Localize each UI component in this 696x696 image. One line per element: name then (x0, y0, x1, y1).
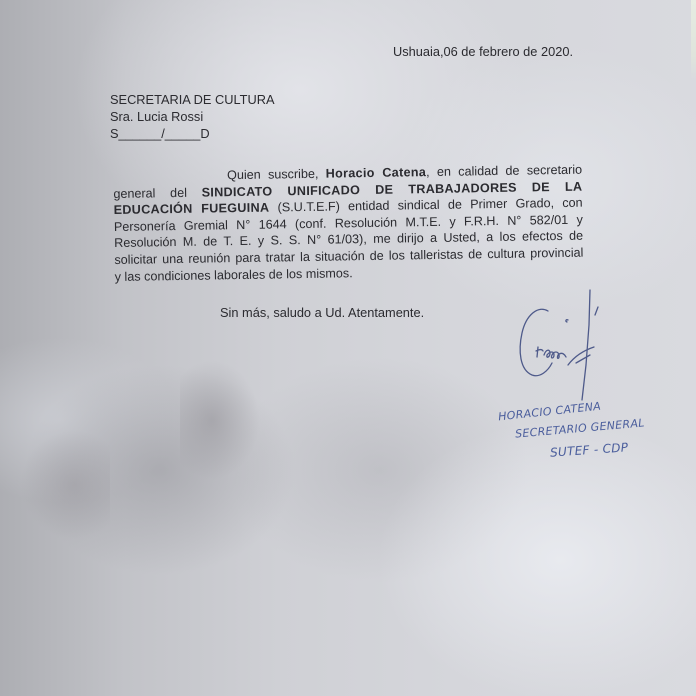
signer-name-bold: Horacio Catena (326, 165, 427, 181)
recipient-name: Sra. Lucia Rossi (110, 109, 203, 124)
letter-date: Ushuaia,06 de febrero de 2020. (393, 44, 573, 59)
body-text: Quien suscribe, (227, 167, 326, 183)
body-text: general del (113, 185, 201, 200)
recipient-department: SECRETARIA DE CULTURA (110, 92, 275, 107)
recipient-salutation-abbrev: S______/_____D (110, 126, 210, 141)
paper-edge (691, 0, 696, 80)
body-text: , en calidad de secretario (426, 163, 582, 179)
handwritten-signature (510, 285, 620, 410)
letter-closing: Sin más, saludo a Ud. Atentamente. (220, 305, 424, 320)
union-name-bold: EDUCACIÓN FUEGUINA (114, 201, 270, 217)
letter-body: Quien suscribe, Horacio Catena, en calid… (113, 162, 584, 286)
